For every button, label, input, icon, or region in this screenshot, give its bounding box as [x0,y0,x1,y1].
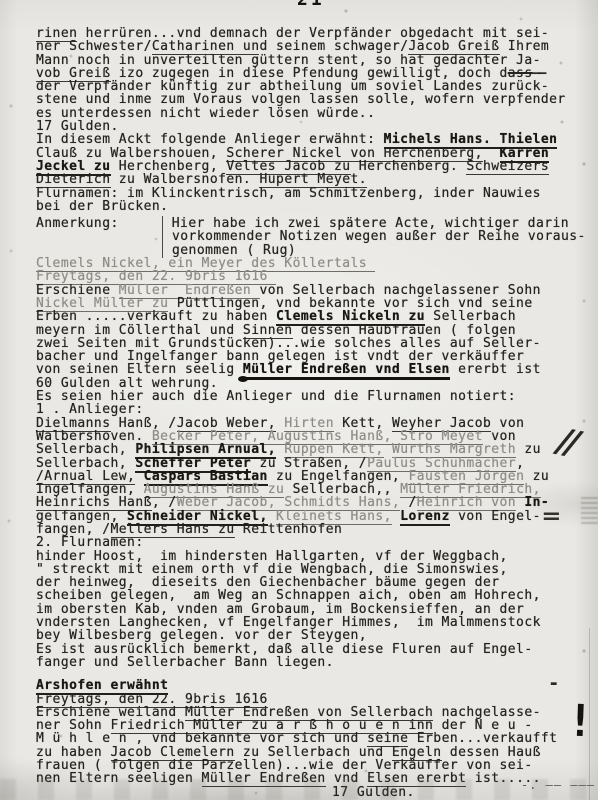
text-segment: fanger und Sellerbacher Bann liegen. [36,655,334,670]
text-segment: Anmerkung: [36,216,119,231]
text-line: Freytags, den 22. 9bris 1616 [36,693,590,706]
text-line: Ingelfangen, Augustins Hanß zu Sellerbac… [36,483,590,496]
document-body: rinen herrüren...vnd demnach der Verpfän… [36,27,590,799]
text-segment: Herchenberg. [351,159,467,174]
text-line: Es seien hier auch die Anlieger und die … [36,390,590,403]
text-line: vndersten Langhecken, vf Engelfanger Him… [36,616,590,629]
text-line: Dieterich zu Walbersnofen. Hupert Meyet. [36,173,590,186]
text-line: es unterdessen nicht wieder lösen würde.… [36,107,590,120]
text-line: Es ist ausrücklich bemerkt, daß alle die… [36,643,590,656]
text-line: Jeckel zu Herchenberg, Veltes Jacob zu H… [36,160,590,173]
text-line: Freytags, den 22. 9bris 1616 [36,270,590,283]
margin-smudge [581,494,598,524]
text-line: der heinweg, dieseits den Giechenbacher … [36,576,590,589]
text-line: frauen ( folgen die Parzellen)...wie der… [36,759,590,772]
text-line: Arshofen erwähnt [36,679,590,692]
text-line: /Arnual Lew, Caspars Bastian zu Engelfan… [36,470,590,483]
scan-noise-specks [0,0,2,2]
text-line: ner Schwester/Catharinen und seinem schw… [36,40,590,53]
text-line: Mann noch in unverteilten güttern stent,… [36,54,590,67]
text-line: fangen, /Mellers Hans zu Reittenhofen [36,523,590,536]
text-line: vorkommender Notizen wegen außer der Rei… [162,230,590,243]
text-line: der Verpfänder künftig zur abtheilung um… [36,80,590,93]
text-line: Sellerbach, Philipsen Arnual, Ruppen Ket… [36,443,590,456]
text-line: gelfangen, Schneider Nickel, Kleinets Ha… [36,510,590,523]
text-line: Clauß zu Walbershouen, Scherer Nickel vo… [36,147,590,160]
text-line: zwei Seiten mit Grundstücken)...wie solc… [36,337,590,350]
text-line: zu haben Jacob Clemelern zu Sellerbach u… [36,746,590,759]
margin-double-dash-mark: = [542,504,560,528]
text-line: Sellerbach, Scheffer Peter zu Straßen, /… [36,457,590,470]
text-line: Clemels Nickel, ein Meyer des Köllertals [36,257,590,270]
margin-dash-mark: - [548,672,559,694]
text-line: Flurnamen: im Klinckentrisch, am Schmitz… [36,187,590,200]
text-line: bey Wilbesberg gelegen. vor der Steygen, [36,629,590,642]
text-line: 1 . Anlieger: [36,403,590,416]
text-line: ner Sohn Friedrich Müller zu a r ß h o u… [36,719,590,732]
text-line: genommen ( Rug) [162,244,590,257]
scanned-document-page: 21 rinen herrüren...vnd demnach der Verp… [0,0,598,800]
scan-noise-bottom [0,779,598,800]
text-segment: von Engel- [450,509,541,524]
text-line: In diesem Ackt folgende Anlieger erwähnt… [36,133,590,146]
text-segment: ererbt ist [450,362,541,377]
text-line: Heinrichs Hanß, /Weber Jacob, Schmidts H… [36,496,590,509]
text-segment: Müller Endreßen vnd Elsen [243,362,450,380]
margin-exclamation-mark: ! [566,700,594,745]
page-number: 21 [297,0,337,7]
text-segment: bei der Brücken. [36,199,168,214]
text-line: bei der Brücken. [36,200,590,213]
text-segment: Lorenz [400,509,450,526]
text-line: stene und inme zum Voraus volgen lassen … [36,93,590,106]
scan-crease-line [589,628,590,800]
text-line: scheiben gelegen, am Weg an Schnappen ai… [36,589,590,602]
text-line: hinder Hoost, im hindersten Hallgarten, … [36,550,590,563]
text-line: vob Greiß izo zugegen in diese Pfendung … [36,67,590,80]
text-line: M ü h l e n , vnd bekannte vor sich und … [36,732,590,745]
text-line: Erschiene weiland Müller Endreßen von Se… [36,706,590,719]
page-number-text: 21 [297,0,337,7]
text-line: rinen herrüren...vnd demnach der Verpfän… [36,27,590,40]
text-segment [384,442,392,457]
text-line: " streckt mit einem orth vf die Wengbach… [36,563,590,576]
text-line: 2. Flurnamen: [36,536,590,549]
text-line: Anmerkung:Hier habe ich zwei spätere Act… [36,217,590,230]
text-line: fanger und Sellerbacher Bann liegen. [36,656,590,669]
text-line: Erschiene Müller Endreßen von Sellerbach… [36,284,590,297]
text-segment [392,509,400,524]
text-line: Erben .....verkauft zu haben Clemels Nic… [36,310,590,323]
text-line: meyern im Cöllerthal und Sinnen dessen H… [36,324,590,337]
text-segment: Reittenhofen [235,522,343,537]
text-line: von seinen Eltern seelig Müller Endreßen… [36,363,590,376]
text-segment: Schweizers [466,159,549,175]
text-line: im obersten Kab, vnden am Grobaum, im Bo… [36,603,590,616]
text-line: Dielmanns Hanß, /Jacob Weber, Hirten Ket… [36,417,590,430]
